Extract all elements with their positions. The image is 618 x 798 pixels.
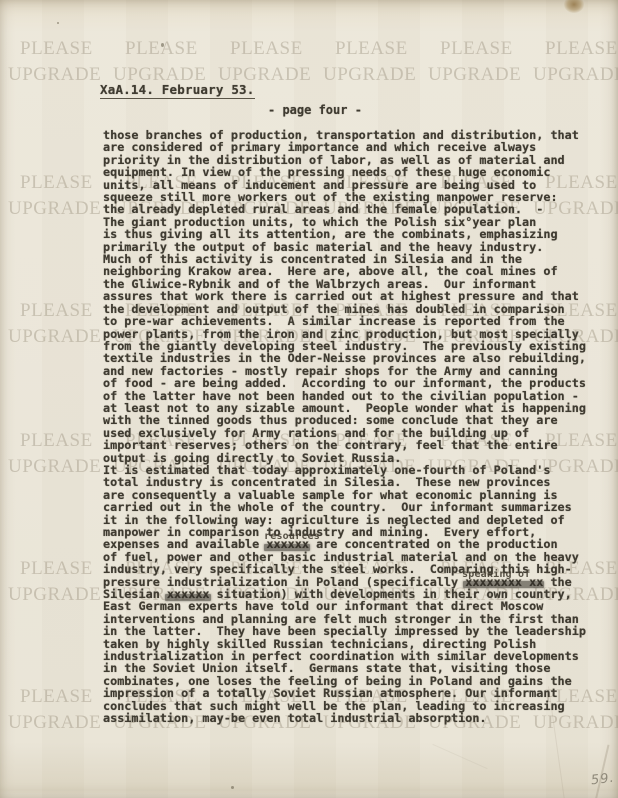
watermark-text: PLEASE — [20, 172, 93, 194]
scanned-document-page: PLEASEUPGRADEPLEASEUPGRADEPLEASEUPGRADEP… — [0, 0, 618, 798]
paper-speck — [161, 43, 164, 47]
watermark-text: UPGRADE — [8, 712, 101, 734]
watermark-text: PLEASE — [20, 38, 93, 60]
strikeout-mark — [264, 544, 310, 551]
watermark-text: PLEASE — [20, 686, 93, 708]
paper-speck — [57, 22, 59, 24]
watermark-text: PLEASE — [125, 38, 198, 60]
paper-speck — [231, 786, 234, 789]
pencil-page-number: 59. — [590, 771, 615, 789]
paper-crease — [432, 744, 487, 769]
watermark-text: UPGRADE — [428, 64, 521, 86]
watermark-text: UPGRADE — [8, 584, 101, 606]
watermark-text: UPGRADE — [8, 198, 101, 220]
watermark-text: UPGRADE — [533, 64, 618, 86]
watermark-text: PLEASE — [440, 38, 513, 60]
watermark-text: UPGRADE — [8, 456, 101, 478]
watermark-text: UPGRADE — [323, 64, 416, 86]
body-text: those branches of production, transporta… — [103, 129, 586, 725]
watermark-text: PLEASE — [230, 38, 303, 60]
watermark-text: PLEASE — [20, 300, 93, 322]
page-label: - page four - — [268, 103, 362, 117]
watermark-text: UPGRADE — [8, 64, 101, 86]
typed-correction-speaking-of: speaking of — [462, 569, 530, 580]
typed-correction-resources: resources — [264, 531, 320, 542]
watermark-text: PLEASE — [20, 430, 93, 452]
stain-mark — [564, 0, 584, 13]
watermark-text: PLEASE — [335, 38, 408, 60]
strikeout-mark — [165, 594, 211, 601]
watermark-text: PLEASE — [20, 558, 93, 580]
strikeout-mark — [463, 581, 544, 588]
watermark-text: PLEASE — [545, 38, 618, 60]
doc-reference: XaA.14. February 53. — [100, 82, 255, 99]
watermark-text: UPGRADE — [8, 326, 101, 348]
